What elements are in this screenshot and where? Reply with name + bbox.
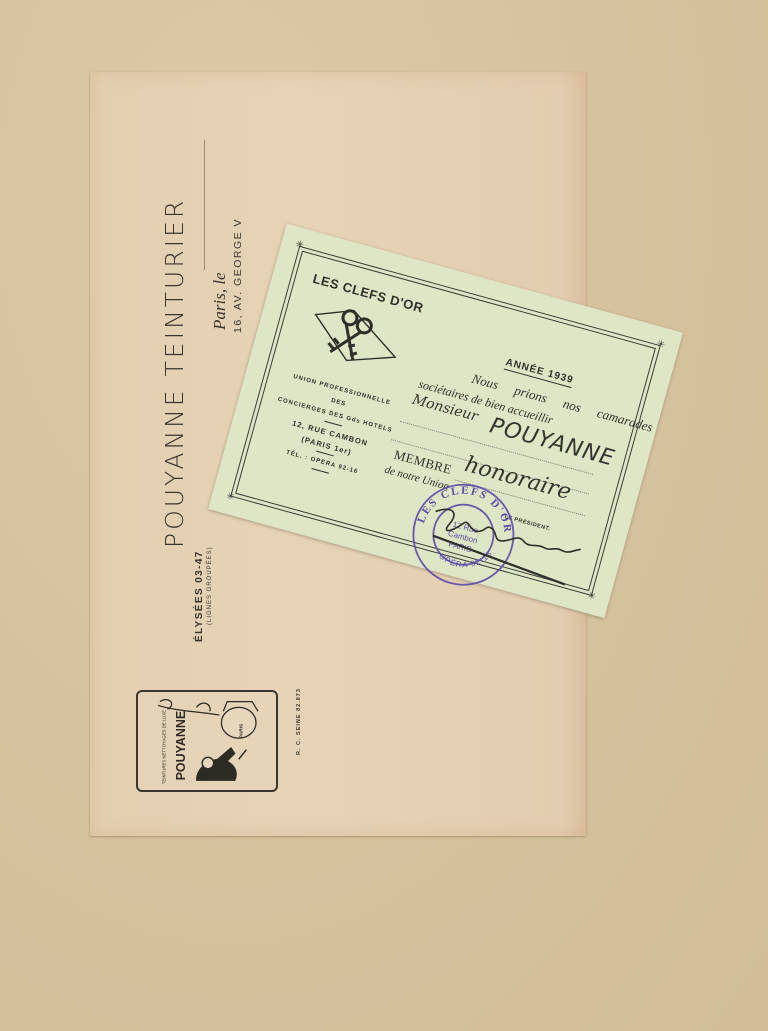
phone-note: (LIGNES GROUPÉES) (207, 546, 213, 625)
registry-number: R. C. SEINE 82.873 (296, 688, 302, 755)
date-line (204, 140, 205, 270)
svg-text:TEINTURES NETTOYAGES DE LUXE: TEINTURES NETTOYAGES DE LUXE (162, 710, 167, 784)
corner-star-icon: ✳ (655, 338, 666, 351)
place-date-label: Paris, le (210, 272, 230, 330)
svg-text:POUYANNE: POUYANNE (174, 711, 188, 781)
company-name: POUYANNE TEINTURIER (160, 198, 189, 548)
svg-text:PARIS: PARIS (239, 723, 245, 738)
logo-illustration-icon: POUYANNE TEINTURES NETTOYAGES DE LUXE PA… (138, 692, 276, 790)
company-phone: ÉLYSÉES 03-47 (194, 550, 205, 642)
corner-star-icon: ✳ (225, 491, 236, 504)
pouyanne-logo: POUYANNE TEINTURES NETTOYAGES DE LUXE PA… (136, 690, 278, 792)
company-address: 16, AV. GEORGE V (232, 218, 244, 333)
corner-star-icon: ✳ (586, 590, 597, 603)
